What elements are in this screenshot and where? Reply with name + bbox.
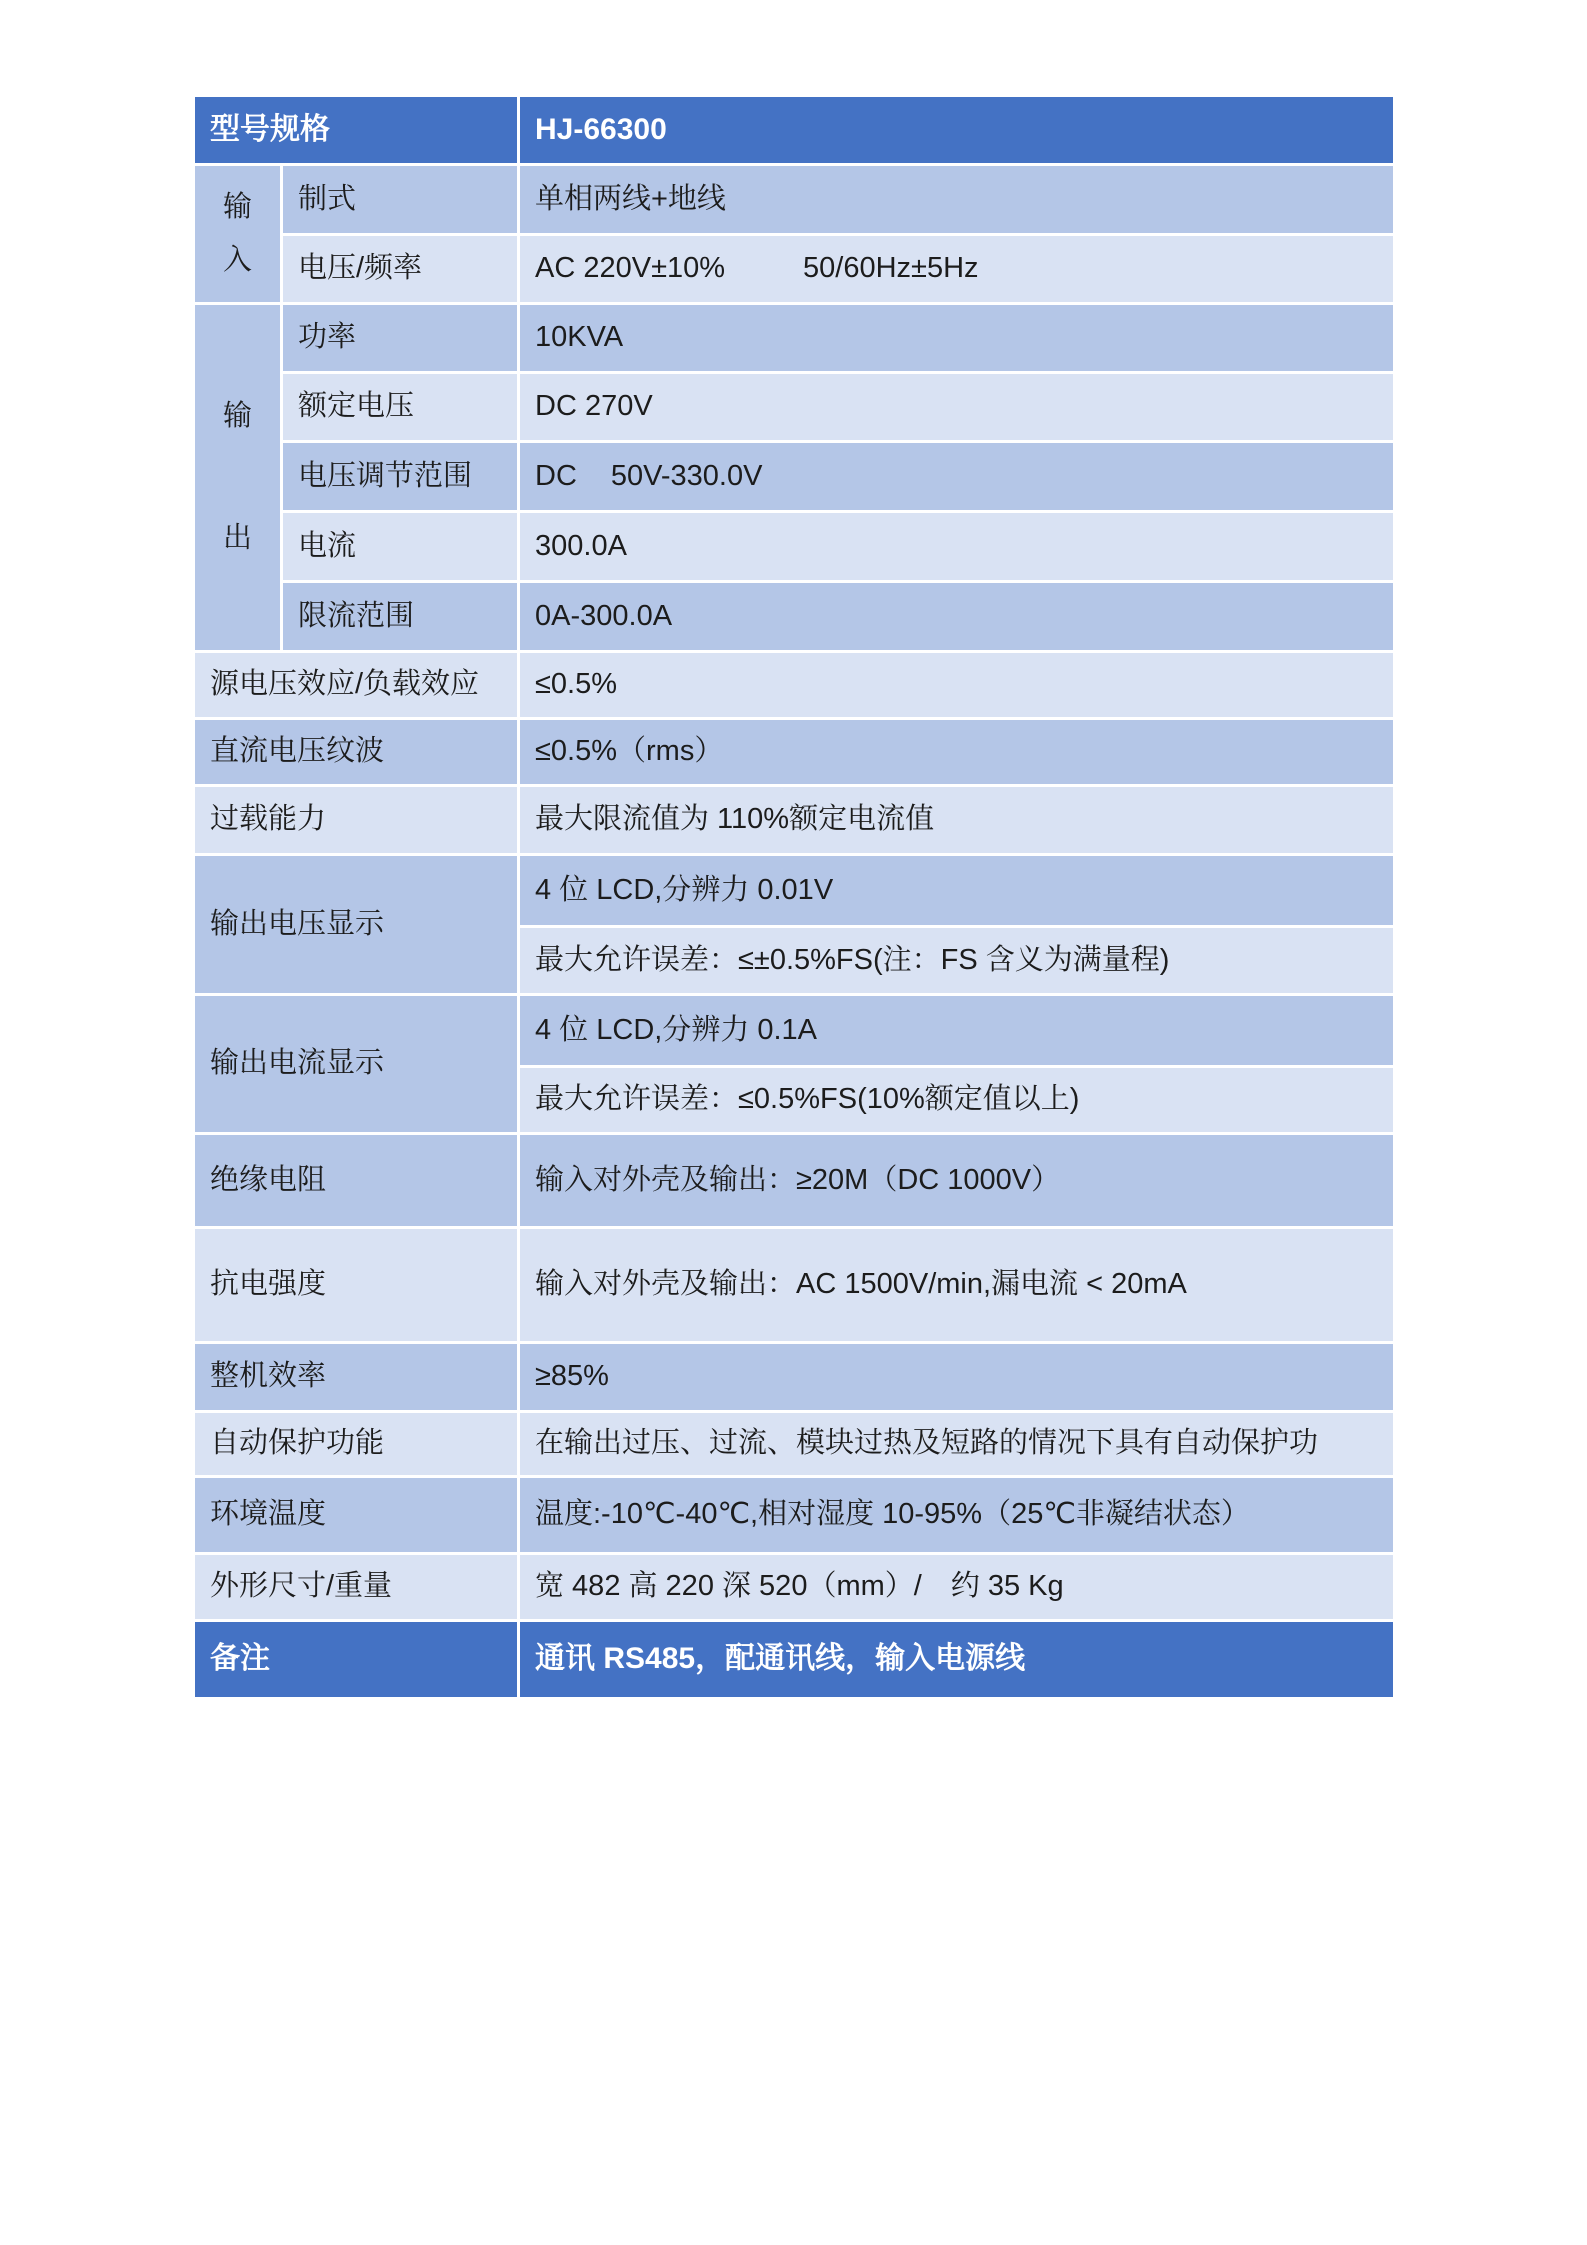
row-ambient-value: 温度:-10℃-40℃,相对湿度 10-95%（25℃非凝结状态）: [520, 1478, 1393, 1552]
row-withstand-label: 抗电强度: [195, 1229, 517, 1341]
row-source-load-value: ≤0.5%: [520, 653, 1393, 717]
row-current-display-value2: 最大允许误差：≤0.5%FS(10%额定值以上): [520, 1068, 1393, 1132]
row-power-value: 10KVA: [520, 305, 1393, 371]
row-protection-label: 自动保护功能: [195, 1413, 517, 1475]
row-voltage-range-value: DC 50V-330.0V: [520, 443, 1393, 510]
row-ambient-label: 环境温度: [195, 1478, 517, 1552]
row-efficiency-label: 整机效率: [195, 1344, 517, 1410]
row-efficiency-value: ≥85%: [520, 1344, 1393, 1410]
row-overload-value: 最大限流值为 110%额定电流值: [520, 787, 1393, 853]
row-power-label: 功率: [283, 305, 517, 371]
row-insulation-value: 输入对外壳及输出：≥20M（DC 1000V）: [520, 1135, 1393, 1226]
group-input-char-top: 输: [223, 191, 252, 224]
row-dimensions-label: 外形尺寸/重量: [195, 1555, 517, 1619]
group-output: 输 出: [195, 305, 280, 650]
row-mode-label: 制式: [283, 166, 517, 233]
row-current-display-value1: 4 位 LCD,分辨力 0.1A: [520, 996, 1393, 1065]
row-rated-voltage-label: 额定电压: [283, 374, 517, 440]
row-ripple-label: 直流电压纹波: [195, 720, 517, 784]
row-current-display-label: 输出电流显示: [195, 996, 517, 1132]
row-current-value: 300.0A: [520, 513, 1393, 580]
header-value-model: HJ-66300: [520, 97, 1393, 163]
row-current-limit-label: 限流范围: [283, 583, 517, 650]
row-overload-label: 过载能力: [195, 787, 517, 853]
row-voltage-display-value2: 最大允许误差：≤±0.5%FS(注：FS 含义为满量程): [520, 928, 1393, 993]
group-output-char-top: 输: [223, 400, 252, 433]
voltage-freq-value-b: 50/60Hz±5Hz: [803, 252, 979, 285]
voltage-range-value-a: DC: [535, 460, 577, 493]
row-withstand-value: 输入对外壳及输出：AC 1500V/min,漏电流 < 20mA: [520, 1229, 1393, 1341]
row-rated-voltage-value: DC 270V: [520, 374, 1393, 440]
spec-table: 型号规格 HJ-66300 输 入 制式 单相两线+地线 电压/频率 AC 22…: [195, 97, 1393, 1697]
row-ripple-value: ≤0.5%（rms）: [520, 720, 1393, 784]
row-protection-value: 在输出过压、过流、模块过热及短路的情况下具有自动保护功: [520, 1413, 1393, 1475]
row-mode-value: 单相两线+地线: [520, 166, 1393, 233]
row-notes-value: 通讯 RS485，配通讯线，输入电源线: [520, 1622, 1393, 1697]
voltage-freq-value-a: AC 220V±10%: [535, 252, 725, 285]
row-voltage-display-label: 输出电压显示: [195, 856, 517, 993]
row-voltage-range-label: 电压调节范围: [283, 443, 517, 510]
row-current-label: 电流: [283, 513, 517, 580]
group-output-char-bottom: 出: [223, 522, 252, 555]
row-voltage-freq-label: 电压/频率: [283, 236, 517, 302]
group-input: 输 入: [195, 166, 280, 302]
voltage-range-value-b: 50V-330.0V: [611, 460, 763, 493]
row-voltage-freq-value: AC 220V±10% 50/60Hz±5Hz: [520, 236, 1393, 302]
row-notes-label: 备注: [195, 1622, 517, 1697]
row-dimensions-value: 宽 482 高 220 深 520（mm）/ 约 35 Kg: [520, 1555, 1393, 1619]
row-insulation-label: 绝缘电阻: [195, 1135, 517, 1226]
row-source-load-label: 源电压效应/负载效应: [195, 653, 517, 717]
header-label: 型号规格: [195, 97, 517, 163]
row-current-limit-value: 0A-300.0A: [520, 583, 1393, 650]
group-input-char-bottom: 入: [223, 244, 252, 277]
row-voltage-display-value1: 4 位 LCD,分辨力 0.01V: [520, 856, 1393, 925]
